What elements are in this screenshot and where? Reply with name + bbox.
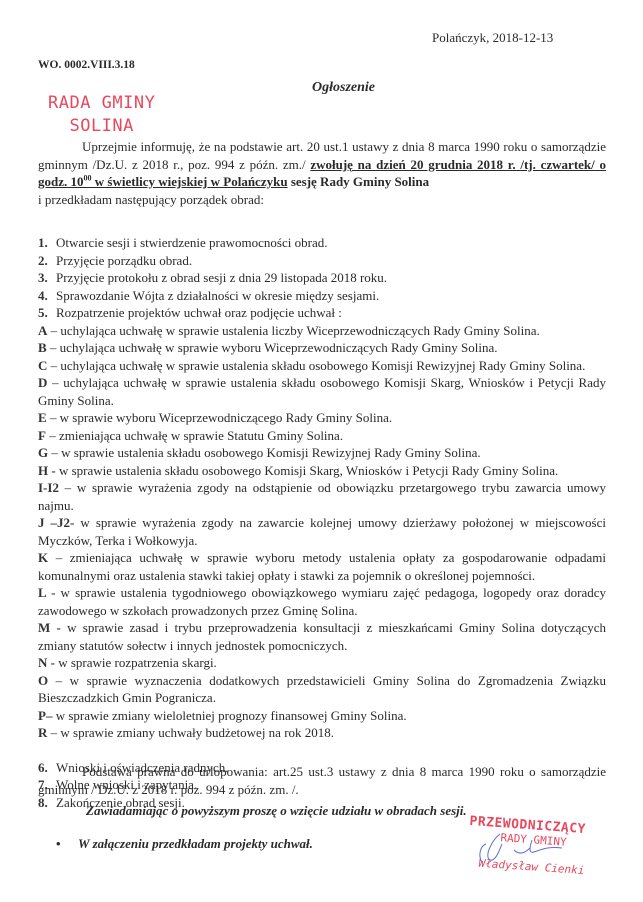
attachment-note: •W załączeniu przedkładam projekty uchwa… [56,836,313,852]
resolution-item: P– w sprawie zmiany wieloletniej prognoz… [38,707,606,725]
closing-statement: Zawiadamiając o powyższym proszę o wzięc… [86,803,467,819]
resolution-item: H - w sprawie ustalenia składu osobowego… [38,462,606,480]
resolution-item: M - w sprawie zasad i trybu przeprowadze… [38,619,606,654]
intro-tail: i przedkładam następujący porządek obrad… [38,192,264,207]
resolution-item: L - w sprawie ustalenia tygodniowego obo… [38,584,606,619]
agenda: 1.Otwarcie sesji i stwierdzenie prawomoc… [38,234,606,811]
reference-number: WO. 0002.VIII.3.18 [38,59,135,71]
resolution-item: E – w sprawie wyboru Wiceprzewodnicząceg… [38,409,606,427]
resolution-item: O – w sprawie wyznaczenia dodatkowych pr… [38,672,606,707]
resolution-item: G – w sprawie ustalenia składu osobowego… [38,444,606,462]
session-name: sesję Rady Gminy Solina [288,174,430,189]
resolution-item: K – zmieniająca uchwałę w sprawie wyboru… [38,549,606,584]
agenda-item: 5.Rozpatrzenie projektów uchwał oraz pod… [38,304,606,322]
legal-basis: Podstawa prawna do urlopowania: art.25 u… [38,763,606,798]
council-stamp-line2: SOLINA [48,115,155,138]
agenda-item: 4.Sprawozdanie Wójta z działalności w ok… [38,287,606,305]
resolution-item: J –J2- w sprawie wyrażenia zgody na zawa… [38,514,606,549]
council-stamp-line1: RADA GMINY [48,92,155,115]
resolution-item: N - w sprawie rozpatrzenia skargi. [38,654,606,672]
resolution-item: C – uchylająca uchwałę w sprawie ustalen… [38,357,606,375]
resolution-item: I-I2 – w sprawie wyrażenia zgody na odst… [38,479,606,514]
intro-paragraph: Uprzejmie informuję, że na podstawie art… [38,138,606,208]
handwritten-signature-icon [470,826,580,866]
resolution-item: B – uchylająca uchwałę w sprawie wyboru … [38,339,606,357]
place-date: Polańczyk, 2018-12-13 [432,30,553,46]
council-stamp: RADA GMINY SOLINA [48,92,155,138]
resolution-item: D – uchylająca uchwałę w sprawie ustalen… [38,374,606,409]
resolution-item: A – uchylająca uchwałę w sprawie ustalen… [38,322,606,340]
resolution-item: R – w sprawie zmiany uchwały budżetowej … [38,724,606,742]
document-title: Ogłoszenie [312,80,375,96]
agenda-item: 3.Przyjęcie protokołu z obrad sesji z dn… [38,269,606,287]
agenda-item: 2.Przyjęcie porządku obrad. [38,252,606,270]
agenda-item: 1.Otwarcie sesji i stwierdzenie prawomoc… [38,234,606,252]
resolution-item: F – zmieniająca uchwałę w sprawie Statut… [38,427,606,445]
bullet-icon: • [56,836,78,852]
